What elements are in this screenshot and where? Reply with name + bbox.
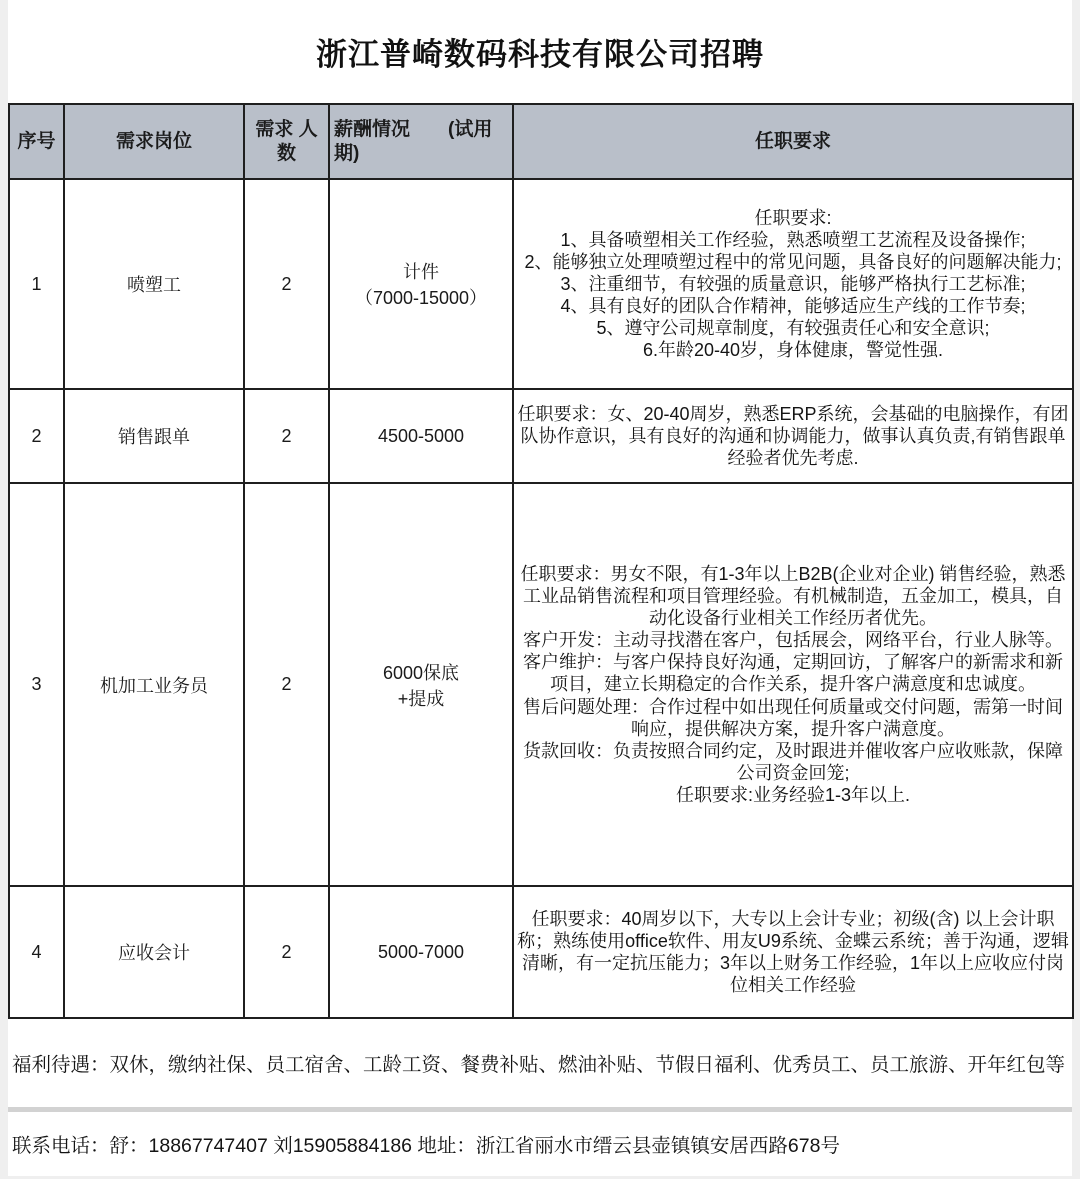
contact-info-text: 联系电话：舒：18867747407 刘15905884186 地址：浙江省丽水… — [8, 1112, 1072, 1176]
column-header-headcount: 需求 人数 — [244, 104, 329, 179]
page-title: 浙江普崎数码科技有限公司招聘 — [8, 0, 1072, 103]
table-header-row: 序号 需求岗位 需求 人数 薪酬情况 (试用期) 任职要求 — [9, 104, 1073, 179]
salary-cell: 4500-5000 — [329, 389, 513, 483]
salary-cell: 5000-7000 — [329, 886, 513, 1018]
welfare-benefits-text: 福利待遇：双休，缴纳社保、员工宿舍、工龄工资、餐费补贴、燃油补贴、节假日福利、优… — [8, 1019, 1072, 1112]
position-cell: 机加工业务员 — [64, 483, 244, 886]
position-cell: 销售跟单 — [64, 389, 244, 483]
column-header-no: 序号 — [9, 104, 64, 179]
requirements-cell: 任职要求: 1、具备喷塑相关工作经验，熟悉喷塑工艺流程及设备操作; 2、能够独立… — [513, 179, 1073, 389]
headcount-cell: 2 — [244, 483, 329, 886]
row-number-cell: 4 — [9, 886, 64, 1018]
requirements-cell: 任职要求：女、20-40周岁，熟悉ERP系统，会基础的电脑操作，有团队协作意识，… — [513, 389, 1073, 483]
recruitment-table: 序号 需求岗位 需求 人数 薪酬情况 (试用期) 任职要求 1 喷塑工 2 计件… — [8, 103, 1074, 1019]
position-cell: 应收会计 — [64, 886, 244, 1018]
row-number-cell: 2 — [9, 389, 64, 483]
headcount-cell: 2 — [244, 179, 329, 389]
table-row: 3 机加工业务员 2 6000保底 +提成 任职要求：男女不限，有1-3年以上B… — [9, 483, 1073, 886]
position-cell: 喷塑工 — [64, 179, 244, 389]
column-header-salary: 薪酬情况 (试用期) — [329, 104, 513, 179]
salary-cell: 6000保底 +提成 — [329, 483, 513, 886]
salary-cell: 计件 （7000-15000） — [329, 179, 513, 389]
column-header-requirements: 任职要求 — [513, 104, 1073, 179]
requirements-cell: 任职要求：40周岁以下，大专以上会计专业；初级(含) 以上会计职称；熟练使用of… — [513, 886, 1073, 1018]
row-number-cell: 3 — [9, 483, 64, 886]
page-left-margin — [0, 0, 8, 1179]
column-header-position: 需求岗位 — [64, 104, 244, 179]
document-sheet: 浙江普崎数码科技有限公司招聘 序号 需求岗位 需求 人数 薪酬情况 (试用期) … — [8, 0, 1072, 1176]
table-row: 1 喷塑工 2 计件 （7000-15000） 任职要求: 1、具备喷塑相关工作… — [9, 179, 1073, 389]
requirements-cell: 任职要求：男女不限，有1-3年以上B2B(企业对企业) 销售经验，熟悉工业品销售… — [513, 483, 1073, 886]
headcount-cell: 2 — [244, 389, 329, 483]
row-number-cell: 1 — [9, 179, 64, 389]
page: 浙江普崎数码科技有限公司招聘 序号 需求岗位 需求 人数 薪酬情况 (试用期) … — [0, 0, 1080, 1179]
headcount-cell: 2 — [244, 886, 329, 1018]
table-row: 2 销售跟单 2 4500-5000 任职要求：女、20-40周岁，熟悉ERP系… — [9, 389, 1073, 483]
table-row: 4 应收会计 2 5000-7000 任职要求：40周岁以下，大专以上会计专业；… — [9, 886, 1073, 1018]
